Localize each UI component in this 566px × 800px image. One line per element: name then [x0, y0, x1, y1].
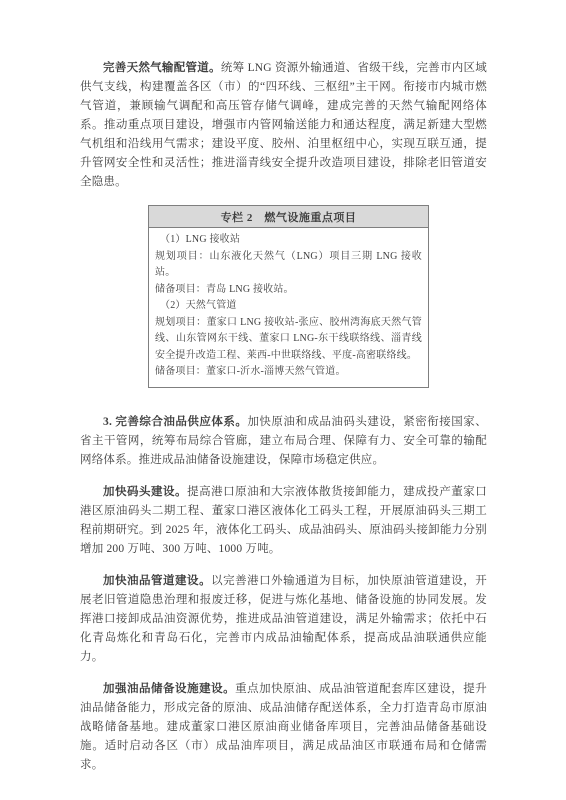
box-body: （1）LNG 接收站 规划项目：山东液化天然气（LNG）项目三期 LNG 接收站… [149, 228, 428, 387]
box-line-pipeline-planned: 规划项目：董家口 LNG 接收站-张应、胶州湾海底天然气管线、山东管网东干线、董… [155, 315, 422, 365]
paragraph-body: 统筹 LNG 资源外输通道、省级干线，完善市内区域供气支线，构建覆盖各区（市）的… [80, 62, 487, 188]
paragraph-oil-supply-system: 3. 完善综合油品供应体系。加快原油和成品油码头建设，紧密衔接国家、省主干管网，… [80, 413, 487, 470]
paragraph-body: 以完善港口外输通道为目标，加快原油管道建设，开展老旧管道隐患治理和报废迁移，促进… [80, 575, 487, 663]
paragraph-oil-reserve: 加强油品储备设施建设。重点加快原油、成品油管道配套库区建设，提升油品储备能力，形… [80, 680, 487, 775]
paragraph-lead: 加强油品储备设施建设。 [103, 683, 235, 695]
highlight-box-gas-projects: 专栏 2 燃气设施重点项目 （1）LNG 接收站 规划项目：山东液化天然气（LN… [148, 205, 429, 388]
box-line-gas-pipeline-heading: （2）天然气管道 [155, 298, 422, 315]
paragraph-gas-pipeline: 完善天然气输配管道。统筹 LNG 资源外输通道、省级干线，完善市内区域供气支线，… [80, 59, 487, 192]
box-line-lng-planned: 规划项目：山东液化天然气（LNG）项目三期 LNG 接收站。 [155, 249, 422, 282]
document-page: 完善天然气输配管道。统筹 LNG 资源外输通道、省级干线，完善市内区域供气支线，… [0, 0, 566, 800]
paragraph-lead: 完善天然气输配管道。 [103, 62, 221, 74]
paragraph-lead: 加快码头建设。 [103, 486, 187, 498]
box-line-lng-reserve: 储备项目：青岛 LNG 接收站。 [155, 282, 422, 299]
box-title: 专栏 2 燃气设施重点项目 [149, 206, 428, 228]
paragraph-oil-pipeline: 加快油品管道建设。以完善港口外输通道为目标，加快原油管道建设，开展老旧管道隐患治… [80, 572, 487, 667]
paragraph-lead: 加快油品管道建设。 [103, 575, 211, 587]
box-line-lng-terminal-heading: （1）LNG 接收站 [155, 232, 422, 249]
paragraph-body: 重点加快原油、成品油管道配套库区建设，提升油品储备能力，形成完备的原油、成品油储… [80, 683, 487, 771]
paragraph-lead: 3. 完善综合油品供应体系。 [103, 416, 247, 428]
paragraph-wharf-construction: 加快码头建设。提高港口原油和大宗液体散货接卸能力，建成投产董家口港区原油码头二期… [80, 483, 487, 559]
box-line-pipeline-reserve: 储备项目：董家口-沂水-淄博天然气管道。 [155, 364, 422, 381]
